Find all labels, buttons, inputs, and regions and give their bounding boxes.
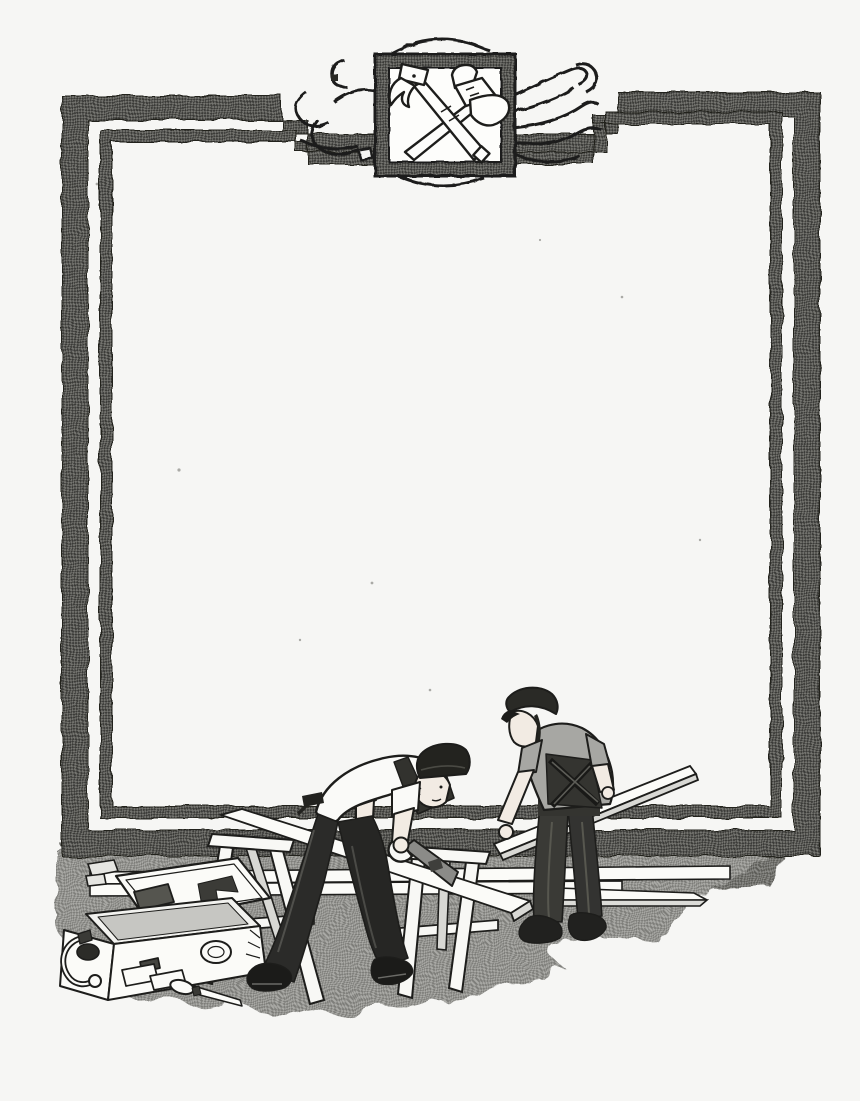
carpenter-border-illustration: ground shadow stepped double-rule border…: [0, 0, 860, 1101]
sawing-shoe-left: [247, 963, 291, 991]
rope-coil: [201, 941, 231, 963]
illustration-canvas: ground shadow stepped double-rule border…: [0, 0, 860, 1101]
carrying-leg-left: [533, 806, 568, 922]
hatchet-blade: [470, 95, 509, 125]
toolbox-hole: [77, 944, 99, 960]
